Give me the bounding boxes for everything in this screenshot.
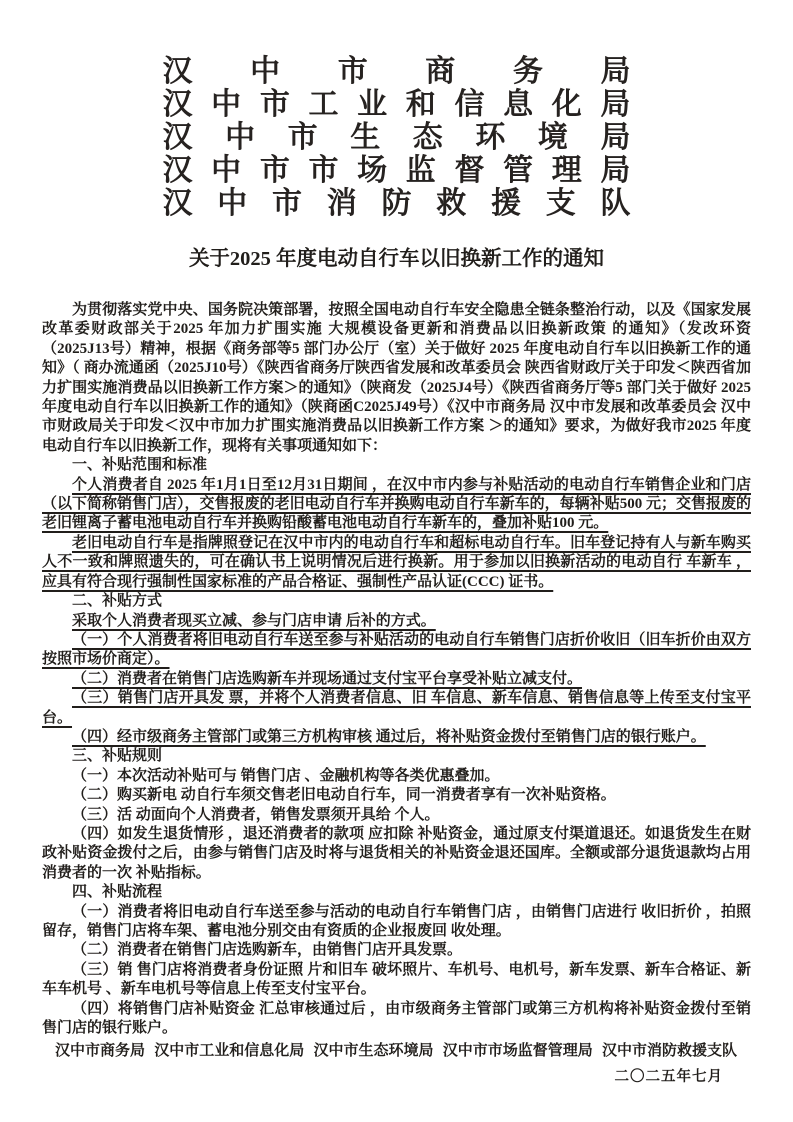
paragraph: （一）消费者将旧电动自行车送至参与活动的电动自行车销售门店 ，由销售门店进行 收… bbox=[42, 903, 751, 942]
section: 四、补贴流程 （一）消费者将旧电动自行车送至参与活动的电动自行车销售门店 ，由销… bbox=[42, 883, 751, 1038]
paragraph: （二）消费者在销售门店选购新车并现场通过支付宝平台享受补贴立减支付。 bbox=[42, 670, 751, 689]
agency-header-char: 局 bbox=[600, 121, 630, 154]
paragraph: （二）消费者在销售门店选购新车，由销售门店开具发票。 bbox=[42, 941, 751, 960]
paragraph: （四）将销售门店补贴资金 汇总审核通过后 ，由市级商务主管部门或第三方机构将补贴… bbox=[42, 1000, 751, 1039]
agency-header-char: 汉 bbox=[163, 55, 193, 88]
agency-header-char: 督 bbox=[454, 154, 484, 187]
paragraph: （一）个人消费者将旧电动自行车送至参与补贴活动的电动自行车销售门店折价收旧（旧车… bbox=[42, 631, 751, 670]
agency-header-line-4: 汉中市市场监督管理局 bbox=[163, 154, 631, 187]
paragraph: （三）销 售门店将消费者身份证照 片和旧车 破坏照片、车机号、电机号，新车发票、… bbox=[42, 961, 751, 1000]
paragraph: （三）活 动面向个人消费者，销售发票须开具给 个人。 bbox=[42, 806, 751, 825]
agency-header-char: 中 bbox=[211, 154, 241, 187]
agency-header-char: 业 bbox=[357, 88, 387, 121]
agency-header-char: 境 bbox=[538, 121, 568, 154]
agency-header-char: 环 bbox=[475, 121, 505, 154]
agency-header-char: 务 bbox=[513, 55, 543, 88]
agency-header-char: 生 bbox=[350, 121, 380, 154]
section-paragraphs: （一）本次活动补贴可与 销售门店 、金融机构等各类优惠叠加。（二）购买新电 动自… bbox=[42, 767, 751, 883]
footer-date: 二〇二五年七月 bbox=[615, 1068, 724, 1086]
agency-header-char: 队 bbox=[601, 187, 631, 220]
paragraph: （四）经市级商务主管部门或第三方机构审核 通过后，将补贴资金拨付至销售门店的银行… bbox=[42, 728, 751, 747]
paragraph: （四）如发生退货情形 ，退还消费者的款项 应扣除 补贴资金，通过原支付渠道退还。… bbox=[42, 825, 751, 883]
agency-header-char: 理 bbox=[552, 154, 582, 187]
agency-header-char: 汉 bbox=[163, 154, 193, 187]
agency-header-char: 市 bbox=[308, 154, 338, 187]
section-heading: 二、补贴方式 bbox=[42, 592, 751, 611]
agency-header-char: 管 bbox=[503, 154, 533, 187]
agency-header-char: 市 bbox=[260, 88, 290, 121]
agency-header-char: 市 bbox=[272, 187, 302, 220]
paragraph: 采取个人消费者现买立减、参与门店申请 后补的方式。 bbox=[42, 612, 751, 631]
agency-header-char: 中 bbox=[211, 88, 241, 121]
agency-header-char: 援 bbox=[491, 187, 521, 220]
agency-header-line-3: 汉中市生态环境局 bbox=[163, 121, 631, 154]
agency-header-char: 局 bbox=[600, 88, 630, 121]
document-body: 为贯彻落实党中央、国务院决策部署，按照全国电动自行车安全隐患全链条整治行动，以及… bbox=[42, 301, 751, 1038]
section-paragraphs: 个人消费者自 2025 年1月1日至12月31日期间 ，在汉中市内参与补贴活动的… bbox=[42, 476, 751, 592]
section-paragraphs: 采取个人消费者现买立减、参与门店申请 后补的方式。（一）个人消费者将旧电动自行车… bbox=[42, 612, 751, 748]
document-title: 关于2025 年度电动自行车以旧换新工作的通知 bbox=[0, 245, 793, 273]
footer-agency: 汉中市商务局 bbox=[55, 1042, 145, 1060]
agency-header-char: 市 bbox=[338, 55, 368, 88]
agency-header-char: 救 bbox=[436, 187, 466, 220]
agency-header-char: 信 bbox=[454, 88, 484, 121]
intro-paragraph: 为贯彻落实党中央、国务院决策部署，按照全国电动自行车安全隐患全链条整治行动，以及… bbox=[42, 301, 751, 456]
footer-agency: 汉中市消防救援支队 bbox=[602, 1042, 737, 1060]
agency-header-line-5: 汉中市消防救援支队 bbox=[163, 187, 631, 220]
agency-header-char: 中 bbox=[225, 121, 255, 154]
agency-header-char: 汉 bbox=[163, 187, 193, 220]
section: 一、补贴范围和标准 个人消费者自 2025 年1月1日至12月31日期间 ，在汉… bbox=[42, 456, 751, 592]
footer-agency: 汉中市生态环境局 bbox=[313, 1042, 433, 1060]
footer-agency: 汉中市市场监督管理局 bbox=[443, 1042, 593, 1060]
agency-header-char: 中 bbox=[217, 187, 247, 220]
agency-header-char: 化 bbox=[552, 88, 582, 121]
agency-header-char: 工 bbox=[308, 88, 338, 121]
document-page: 汉中市商务局 汉中市工业和信息化局 汉中市生态环境局 汉中市市场监督管理局 汉中… bbox=[0, 0, 793, 1122]
paragraph: 个人消费者自 2025 年1月1日至12月31日期间 ，在汉中市内参与补贴活动的… bbox=[42, 476, 751, 534]
footer-agencies: 汉中市商务局 汉中市工业和信息化局 汉中市生态环境局 汉中市市场监督管理局 汉中… bbox=[55, 1042, 737, 1060]
agency-header: 汉中市商务局 汉中市工业和信息化局 汉中市生态环境局 汉中市市场监督管理局 汉中… bbox=[163, 55, 631, 220]
section-heading: 四、补贴流程 bbox=[42, 883, 751, 902]
agency-header-char: 局 bbox=[600, 154, 630, 187]
section-paragraphs: （一）消费者将旧电动自行车送至参与活动的电动自行车销售门店 ，由销售门店进行 收… bbox=[42, 903, 751, 1039]
section: 三、补贴规则 （一）本次活动补贴可与 销售门店 、金融机构等各类优惠叠加。（二）… bbox=[42, 747, 751, 883]
agency-header-char: 局 bbox=[600, 55, 630, 88]
section-heading: 一、补贴范围和标准 bbox=[42, 456, 751, 475]
sections: 一、补贴范围和标准 个人消费者自 2025 年1月1日至12月31日期间 ，在汉… bbox=[42, 456, 751, 1038]
section: 二、补贴方式 采取个人消费者现买立减、参与门店申请 后补的方式。（一）个人消费者… bbox=[42, 592, 751, 747]
agency-header-line-1: 汉中市商务局 bbox=[163, 55, 631, 88]
agency-header-char: 商 bbox=[425, 55, 455, 88]
agency-header-char: 和 bbox=[406, 88, 436, 121]
agency-header-char: 防 bbox=[382, 187, 412, 220]
paragraph: （二）购买新电 动自行车须交售老旧电动自行车，同一消费者享有一次补贴资格。 bbox=[42, 786, 751, 805]
footer-agency: 汉中市工业和信息化局 bbox=[154, 1042, 304, 1060]
paragraph: 老旧电动自行车是指牌照登记在汉中市内的电动自行车和超标电动自行车。旧车登记持有人… bbox=[42, 534, 751, 592]
agency-header-char: 汉 bbox=[163, 88, 193, 121]
agency-header-char: 场 bbox=[357, 154, 387, 187]
agency-header-char: 态 bbox=[413, 121, 443, 154]
section-heading: 三、补贴规则 bbox=[42, 747, 751, 766]
agency-header-line-2: 汉中市工业和信息化局 bbox=[163, 88, 631, 121]
agency-header-char: 市 bbox=[288, 121, 318, 154]
agency-header-char: 中 bbox=[250, 55, 280, 88]
agency-header-char: 消 bbox=[327, 187, 357, 220]
agency-header-char: 汉 bbox=[163, 121, 193, 154]
agency-header-char: 支 bbox=[546, 187, 576, 220]
paragraph: （三）销售门店开具发 票，并将个人消费者信息、旧 车信息、新车信息、销售信息等上… bbox=[42, 689, 751, 728]
agency-header-char: 息 bbox=[503, 88, 533, 121]
paragraph: （一）本次活动补贴可与 销售门店 、金融机构等各类优惠叠加。 bbox=[42, 767, 751, 786]
agency-header-char: 市 bbox=[260, 154, 290, 187]
agency-header-char: 监 bbox=[406, 154, 436, 187]
